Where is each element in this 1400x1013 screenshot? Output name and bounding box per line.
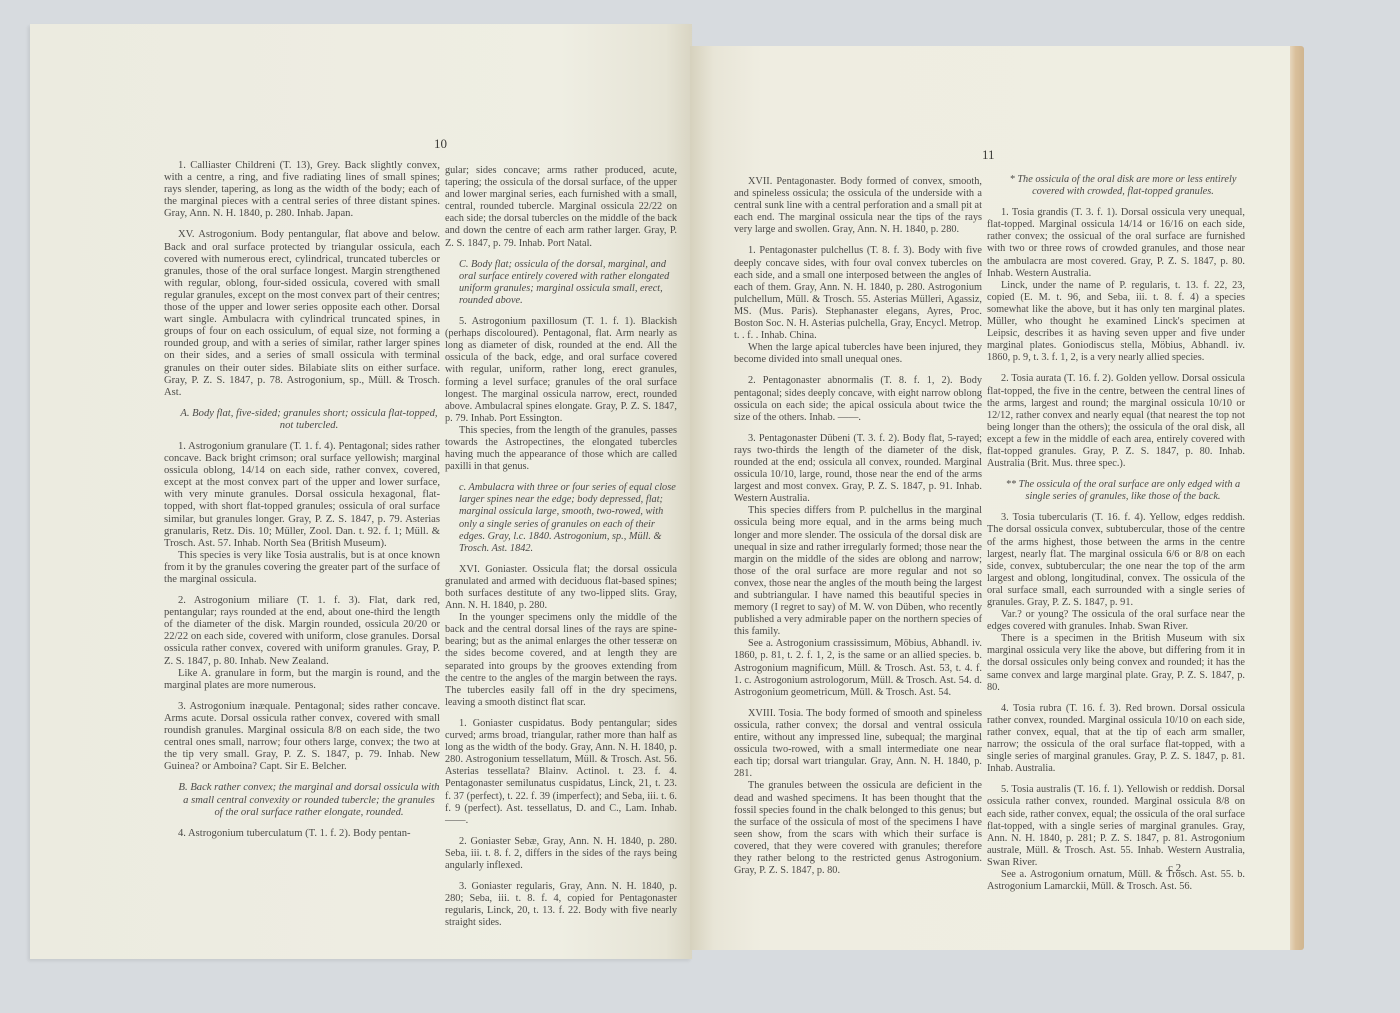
paragraph: 2. Goniaster Sebæ, Gray, Ann. N. H. 1840… [445,836,677,872]
genus-paragraph: XVIII. Tosia. The body formed of smooth … [734,708,982,781]
paragraph: gular; sides concave; arms rather produc… [445,165,677,250]
paragraph: 2. Tosia aurata (T. 16. f. 2). Golden ye… [987,373,1245,470]
text-column-right-2: * The ossicula of the oral disk are more… [987,174,1245,902]
page-block-edge [1290,46,1304,950]
section-heading: ** The ossicula of the oral surface are … [987,479,1245,503]
paragraph: 1. Tosia grandis (T. 3. f. 1). Dorsal os… [987,207,1245,280]
paragraph: When the large apical tubercles have bee… [734,342,982,366]
genus-paragraph: XV. Astrogonium. Body pentangular, flat … [164,229,440,398]
paragraph: The granules between the ossicula are de… [734,780,982,877]
text-column-left-2: gular; sides concave; arms rather produc… [445,165,677,938]
signature-mark: c 2 [1168,862,1181,874]
section-heading: B. Back rather convex; the marginal and … [164,782,440,818]
paragraph: 3. Tosia tubercularis (T. 16. f. 4). Yel… [987,512,1245,609]
genus-paragraph: XVII. Pentagonaster. Body formed of conv… [734,176,982,236]
paragraph: 1. Goniaster cuspidatus. Body pentangula… [445,718,677,827]
paragraph: 4. Tosia rubra (T. 16. f. 3). Red brown.… [987,703,1245,776]
section-heading: c. Ambulacra with three or four series o… [445,482,677,555]
paragraph: Linck, under the name of P. regularis, t… [987,280,1245,365]
page-number: 10 [434,136,447,152]
paragraph: This species, from the length of the gra… [445,425,677,473]
text-column-left-1: 1. Calliaster Childreni (T. 13), Grey. B… [164,160,440,849]
paragraph: This species is very like Tosia australi… [164,550,440,586]
paragraph: 4. Astrogonium tuberculatum (T. 1. f. 2)… [164,828,440,840]
paragraph: 5. Tosia australis (T. 16. f. 1). Yellow… [987,784,1245,869]
paragraph: 1. Pentagonaster pulchellus (T. 8. f. 3)… [734,245,982,342]
paragraph: 1. Calliaster Childreni (T. 13), Grey. B… [164,160,440,220]
paragraph: See a. Astrogonium ornatum, Müll. & Tros… [987,869,1245,893]
paragraph: There is a specimen in the British Museu… [987,633,1245,693]
paragraph: 2. Pentagonaster abnormalis (T. 8. f. 1,… [734,375,982,423]
paragraph: In the younger specimens only the middle… [445,612,677,709]
paragraph: See a. Astrogonium crassissimum, Möbius,… [734,638,982,698]
page-number: 11 [982,147,995,163]
paragraph: Like A. granulare in form, but the margi… [164,668,440,692]
genus-paragraph: XVI. Goniaster. Ossicula flat; the dorsa… [445,564,677,612]
paragraph: Var.? or young? The ossicula of the oral… [987,609,1245,633]
paragraph: 1. Astrogonium granulare (T. 1. f. 4). P… [164,441,440,550]
paragraph: This species differs from P. pulchellus … [734,505,982,638]
section-heading: * The ossicula of the oral disk are more… [987,174,1245,198]
section-heading: C. Body flat; ossicula of the dorsal, ma… [445,259,677,307]
paragraph: 5. Astrogonium paxillosum (T. 1. f. 1). … [445,316,677,425]
paragraph: 2. Astrogonium miliare (T. 1. f. 3). Fla… [164,595,440,668]
paragraph: 3. Pentagonaster Dübeni (T. 3. f. 2). Bo… [734,433,982,506]
text-column-right-1: XVII. Pentagonaster. Body formed of conv… [734,176,982,886]
paragraph: 3. Goniaster regularis, Gray, Ann. N. H.… [445,881,677,929]
paragraph: 3. Astrogonium inæquale. Pentagonal; sid… [164,701,440,774]
section-heading: A. Body flat, five-sided; granules short… [164,408,440,432]
